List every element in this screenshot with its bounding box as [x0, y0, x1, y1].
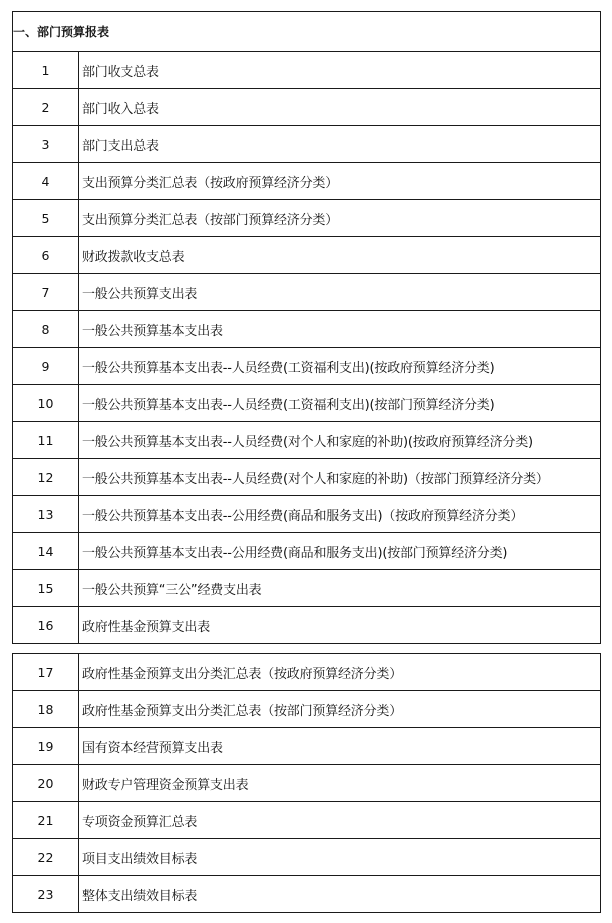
report-title: 支出预算分类汇总表（按政府预算经济分类）: [79, 163, 601, 200]
row-number: 17: [13, 654, 79, 691]
row-number: 5: [13, 200, 79, 237]
row-number: 18: [13, 691, 79, 728]
table-row: 21专项资金预算汇总表: [13, 802, 601, 839]
report-title: 一般公共预算支出表: [79, 274, 601, 311]
row-number: 15: [13, 570, 79, 607]
table-row: 12一般公共预算基本支出表--人员经费(对个人和家庭的补助)（按部门预算经济分类…: [13, 459, 601, 496]
table-row: 22项目支出绩效目标表: [13, 839, 601, 876]
section-header: 一、部门预算报表: [13, 12, 601, 52]
table-row: 2部门收入总表: [13, 89, 601, 126]
row-number: 20: [13, 765, 79, 802]
report-title: 项目支出绩效目标表: [79, 839, 601, 876]
report-title: 一般公共预算基本支出表--人员经费(工资福利支出)(按政府预算经济分类): [79, 348, 601, 385]
section-header-row: 一、部门预算报表: [13, 12, 601, 52]
row-number: 4: [13, 163, 79, 200]
report-title: 部门支出总表: [79, 126, 601, 163]
table-row: 15一般公共预算“三公”经费支出表: [13, 570, 601, 607]
table-row: 16政府性基金预算支出表: [13, 607, 601, 644]
report-title: 政府性基金预算支出表: [79, 607, 601, 644]
table-row: 3部门支出总表: [13, 126, 601, 163]
table-row: 14一般公共预算基本支出表--公用经费(商品和服务支出)(按部门预算经济分类): [13, 533, 601, 570]
row-number: 3: [13, 126, 79, 163]
table-row: 8一般公共预算基本支出表: [13, 311, 601, 348]
table-2-body: 17政府性基金预算支出分类汇总表（按政府预算经济分类）18政府性基金预算支出分类…: [13, 654, 601, 913]
report-title: 一般公共预算基本支出表--公用经费(商品和服务支出)（按政府预算经济分类）: [79, 496, 601, 533]
row-number: 16: [13, 607, 79, 644]
row-number: 6: [13, 237, 79, 274]
report-title: 部门收入总表: [79, 89, 601, 126]
row-number: 12: [13, 459, 79, 496]
report-title: 整体支出绩效目标表: [79, 876, 601, 913]
row-number: 21: [13, 802, 79, 839]
table-1-body: 一、部门预算报表 1部门收支总表2部门收入总表3部门支出总表4支出预算分类汇总表…: [13, 12, 601, 644]
report-title: 一般公共预算基本支出表--公用经费(商品和服务支出)(按部门预算经济分类): [79, 533, 601, 570]
row-number: 22: [13, 839, 79, 876]
row-number: 10: [13, 385, 79, 422]
row-number: 2: [13, 89, 79, 126]
row-number: 8: [13, 311, 79, 348]
row-number: 13: [13, 496, 79, 533]
row-number: 7: [13, 274, 79, 311]
report-title: 支出预算分类汇总表（按部门预算经济分类）: [79, 200, 601, 237]
table-row: 20财政专户管理资金预算支出表: [13, 765, 601, 802]
table-row: 6财政拨款收支总表: [13, 237, 601, 274]
report-title: 一般公共预算基本支出表--人员经费(对个人和家庭的补助)(按政府预算经济分类): [79, 422, 601, 459]
report-title: 财政专户管理资金预算支出表: [79, 765, 601, 802]
report-title: 一般公共预算“三公”经费支出表: [79, 570, 601, 607]
report-title: 国有资本经营预算支出表: [79, 728, 601, 765]
report-title: 财政拨款收支总表: [79, 237, 601, 274]
table-row: 5支出预算分类汇总表（按部门预算经济分类）: [13, 200, 601, 237]
report-list-table-1: 一、部门预算报表 1部门收支总表2部门收入总表3部门支出总表4支出预算分类汇总表…: [12, 11, 601, 644]
table-row: 13一般公共预算基本支出表--公用经费(商品和服务支出)（按政府预算经济分类）: [13, 496, 601, 533]
row-number: 9: [13, 348, 79, 385]
table-row: 4支出预算分类汇总表（按政府预算经济分类）: [13, 163, 601, 200]
report-title: 政府性基金预算支出分类汇总表（按政府预算经济分类）: [79, 654, 601, 691]
report-title: 专项资金预算汇总表: [79, 802, 601, 839]
table-row: 11一般公共预算基本支出表--人员经费(对个人和家庭的补助)(按政府预算经济分类…: [13, 422, 601, 459]
row-number: 23: [13, 876, 79, 913]
report-title: 一般公共预算基本支出表--人员经费(工资福利支出)(按部门预算经济分类): [79, 385, 601, 422]
row-number: 1: [13, 52, 79, 89]
table-row: 10一般公共预算基本支出表--人员经费(工资福利支出)(按部门预算经济分类): [13, 385, 601, 422]
table-row: 19国有资本经营预算支出表: [13, 728, 601, 765]
report-list-table-2: 17政府性基金预算支出分类汇总表（按政府预算经济分类）18政府性基金预算支出分类…: [12, 653, 601, 913]
report-title: 政府性基金预算支出分类汇总表（按部门预算经济分类）: [79, 691, 601, 728]
table-row: 23整体支出绩效目标表: [13, 876, 601, 913]
report-title: 一般公共预算基本支出表--人员经费(对个人和家庭的补助)（按部门预算经济分类）: [79, 459, 601, 496]
report-title: 部门收支总表: [79, 52, 601, 89]
row-number: 11: [13, 422, 79, 459]
row-number: 19: [13, 728, 79, 765]
table-row: 1部门收支总表: [13, 52, 601, 89]
table-row: 7一般公共预算支出表: [13, 274, 601, 311]
table-row: 18政府性基金预算支出分类汇总表（按部门预算经济分类）: [13, 691, 601, 728]
row-number: 14: [13, 533, 79, 570]
report-title: 一般公共预算基本支出表: [79, 311, 601, 348]
table-row: 17政府性基金预算支出分类汇总表（按政府预算经济分类）: [13, 654, 601, 691]
table-row: 9一般公共预算基本支出表--人员经费(工资福利支出)(按政府预算经济分类): [13, 348, 601, 385]
